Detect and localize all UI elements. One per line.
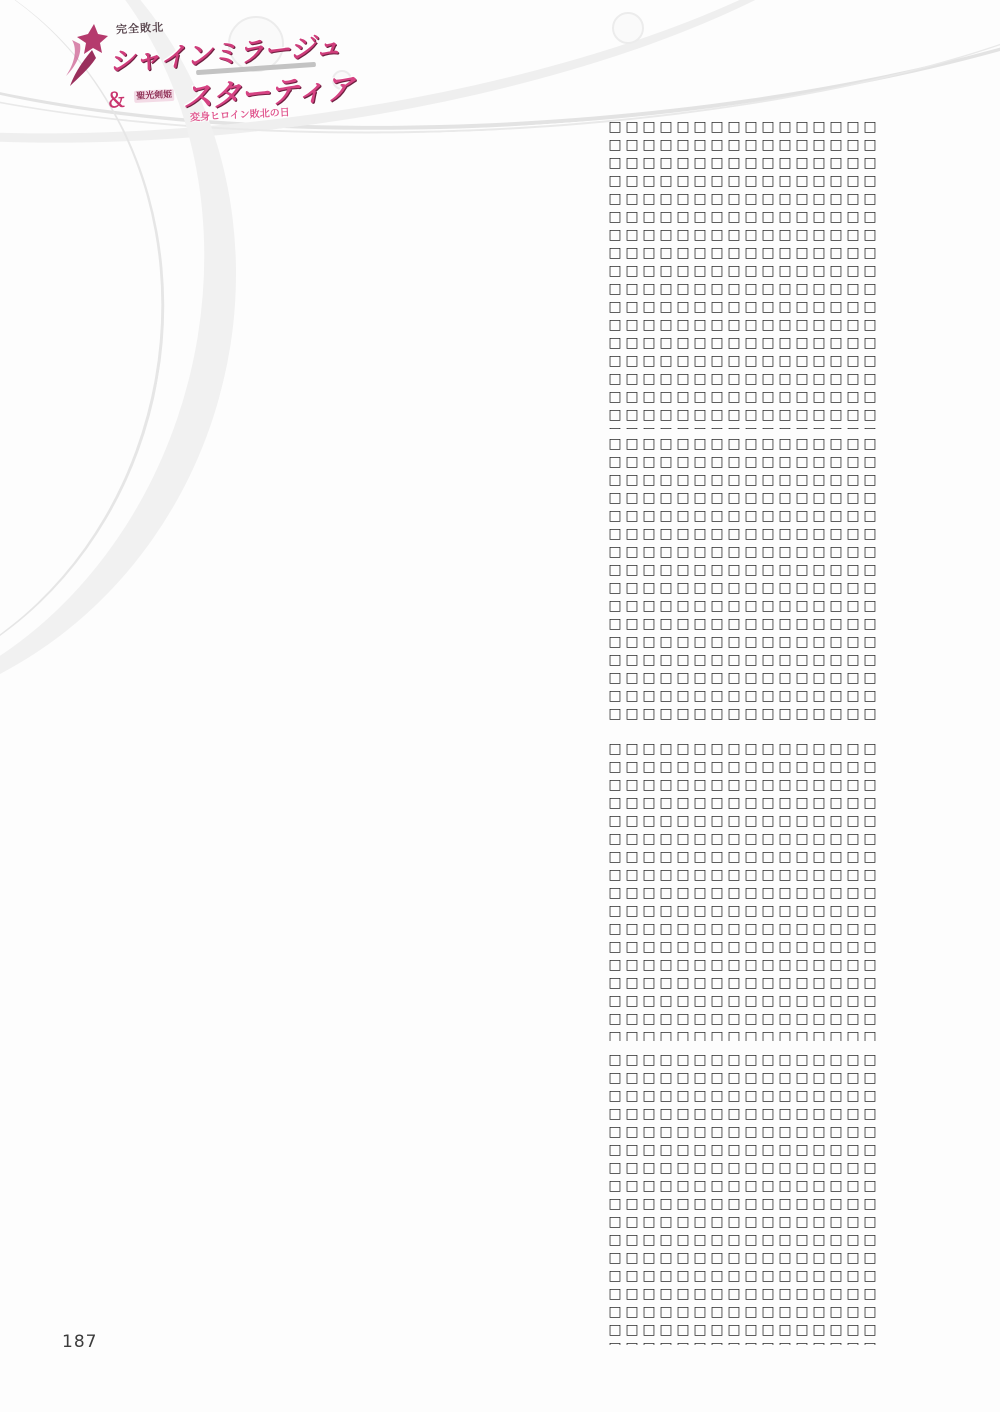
body-text-band-1: □□□□□□□□□□□□□□□□□□□□□□□□□□□□□□□□□□□□□□ □… bbox=[58, 119, 878, 429]
body-text-band-4: □□□□□□□□□□□□□□□□□□□□□□□□□□□□□□□□□□□□□□□□… bbox=[58, 1052, 878, 1345]
body-text-band-2: □□□□□□□□□□□□□□□□□□□□□□□□□□□□□□□□□□□□□□□□… bbox=[58, 436, 878, 727]
body-text-band-3: □□□□□□□□□□□□□□□□□□□□□□□□□□□□□□□□□□□□□□□□… bbox=[58, 741, 878, 1041]
magical-girl-silhouette-icon bbox=[64, 20, 110, 94]
logo-ampersand: ＆ bbox=[105, 83, 126, 113]
logo-top-label: 完全敗北 bbox=[116, 19, 165, 37]
logo-subtitle-stacked: 聖光剣姫 bbox=[134, 89, 175, 103]
page-number: 187 bbox=[62, 1332, 97, 1352]
series-logo: 完全敗北 シャインミラージュ ＆ 聖光剣姫 スターティア 変身ヒロイン敗北の日 bbox=[78, 14, 338, 114]
background-circle bbox=[612, 12, 644, 44]
